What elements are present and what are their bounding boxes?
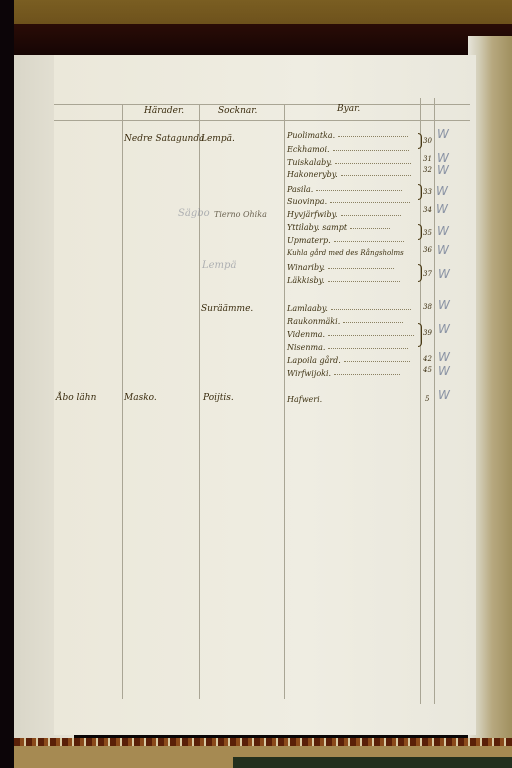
number-42: 42 xyxy=(423,355,432,363)
village: Tuiskalaby. xyxy=(287,158,411,167)
harad-nedre-satagunda: Nedre Satagunda xyxy=(124,134,204,144)
number-36: 36 xyxy=(423,246,432,254)
pencil-note-1: Sägbo xyxy=(178,208,210,219)
check-mark-icon: W xyxy=(438,322,450,336)
check-mark-icon: W xyxy=(436,184,448,198)
check-mark-icon: W xyxy=(436,202,448,216)
harad-masko: Masko. xyxy=(124,393,157,403)
annotation-tierno: Tierno Ohika xyxy=(214,210,267,219)
check-mark-icon: W xyxy=(438,298,450,312)
check-mark-icon: W xyxy=(437,224,449,238)
number-30: 30 xyxy=(423,137,432,145)
village: Hakoneryby. xyxy=(287,170,411,179)
village: Hafweri. xyxy=(287,395,322,404)
number-37: 37 xyxy=(423,270,432,278)
check-mark-icon: W xyxy=(437,243,449,257)
village: Hyvjärfwiby. xyxy=(287,210,401,219)
number-32: 32 xyxy=(423,166,432,174)
check-mark-icon: W xyxy=(438,267,450,281)
header-byar: Byar. xyxy=(337,104,360,114)
check-mark-icon: W xyxy=(437,163,449,177)
village: Eckhamoi. xyxy=(287,145,409,154)
number-35: 35 xyxy=(423,229,432,237)
village: Lapoila gård. xyxy=(287,356,410,365)
village: Yttilaby. sampt xyxy=(287,223,390,232)
lan-abo: Åbo lähn xyxy=(56,393,96,403)
village: Raukonmäki. xyxy=(287,317,403,326)
socken-suraamme: Suräämme. xyxy=(201,304,253,314)
village: Pasila. xyxy=(287,185,402,194)
number-5: 5 xyxy=(425,395,429,403)
village: Nisenma. xyxy=(287,343,408,352)
check-mark-icon: W xyxy=(438,350,450,364)
marbled-edge xyxy=(14,738,512,746)
check-mark-icon: W xyxy=(438,364,450,378)
village: Videnma. xyxy=(287,330,414,339)
brace xyxy=(418,224,422,240)
column-rule-3 xyxy=(284,104,285,699)
village: Lamlaaby. xyxy=(287,304,411,313)
column-rule-5 xyxy=(434,98,435,704)
socken-lempa: Lempä. xyxy=(201,134,235,144)
village: Läkkisby. xyxy=(287,276,400,285)
number-34: 34 xyxy=(423,206,432,214)
column-rule-2 xyxy=(199,104,200,699)
check-mark-icon: W xyxy=(437,127,449,141)
header-socknar: Socknar. xyxy=(218,106,257,116)
number-39: 39 xyxy=(423,329,432,337)
village: Kuhla gård med des Rångsholms xyxy=(287,249,404,257)
brace xyxy=(418,133,422,149)
surface-shadow xyxy=(233,757,512,768)
village: Suovinpa. xyxy=(287,197,410,206)
ledger-page xyxy=(54,55,476,735)
village: Winariby. xyxy=(287,263,394,272)
number-45: 45 xyxy=(423,366,432,374)
village: Upmaterp. xyxy=(287,236,404,245)
header-rule-bottom xyxy=(54,120,470,121)
brace xyxy=(418,323,422,347)
number-38: 38 xyxy=(423,303,432,311)
pencil-note-2: Lempä xyxy=(202,260,236,271)
socken-poijtis: Poijtis. xyxy=(203,393,234,403)
brace xyxy=(418,184,422,200)
header-rule-top xyxy=(54,104,470,105)
village: Wirfwijoki. xyxy=(287,369,400,378)
number-33: 33 xyxy=(423,188,432,196)
header-harader: Härader. xyxy=(144,106,184,116)
number-31: 31 xyxy=(423,155,432,163)
brace xyxy=(418,264,422,282)
check-mark-icon: W xyxy=(438,388,450,402)
column-rule-1 xyxy=(122,104,123,699)
village: Puolimatka. xyxy=(287,131,408,140)
